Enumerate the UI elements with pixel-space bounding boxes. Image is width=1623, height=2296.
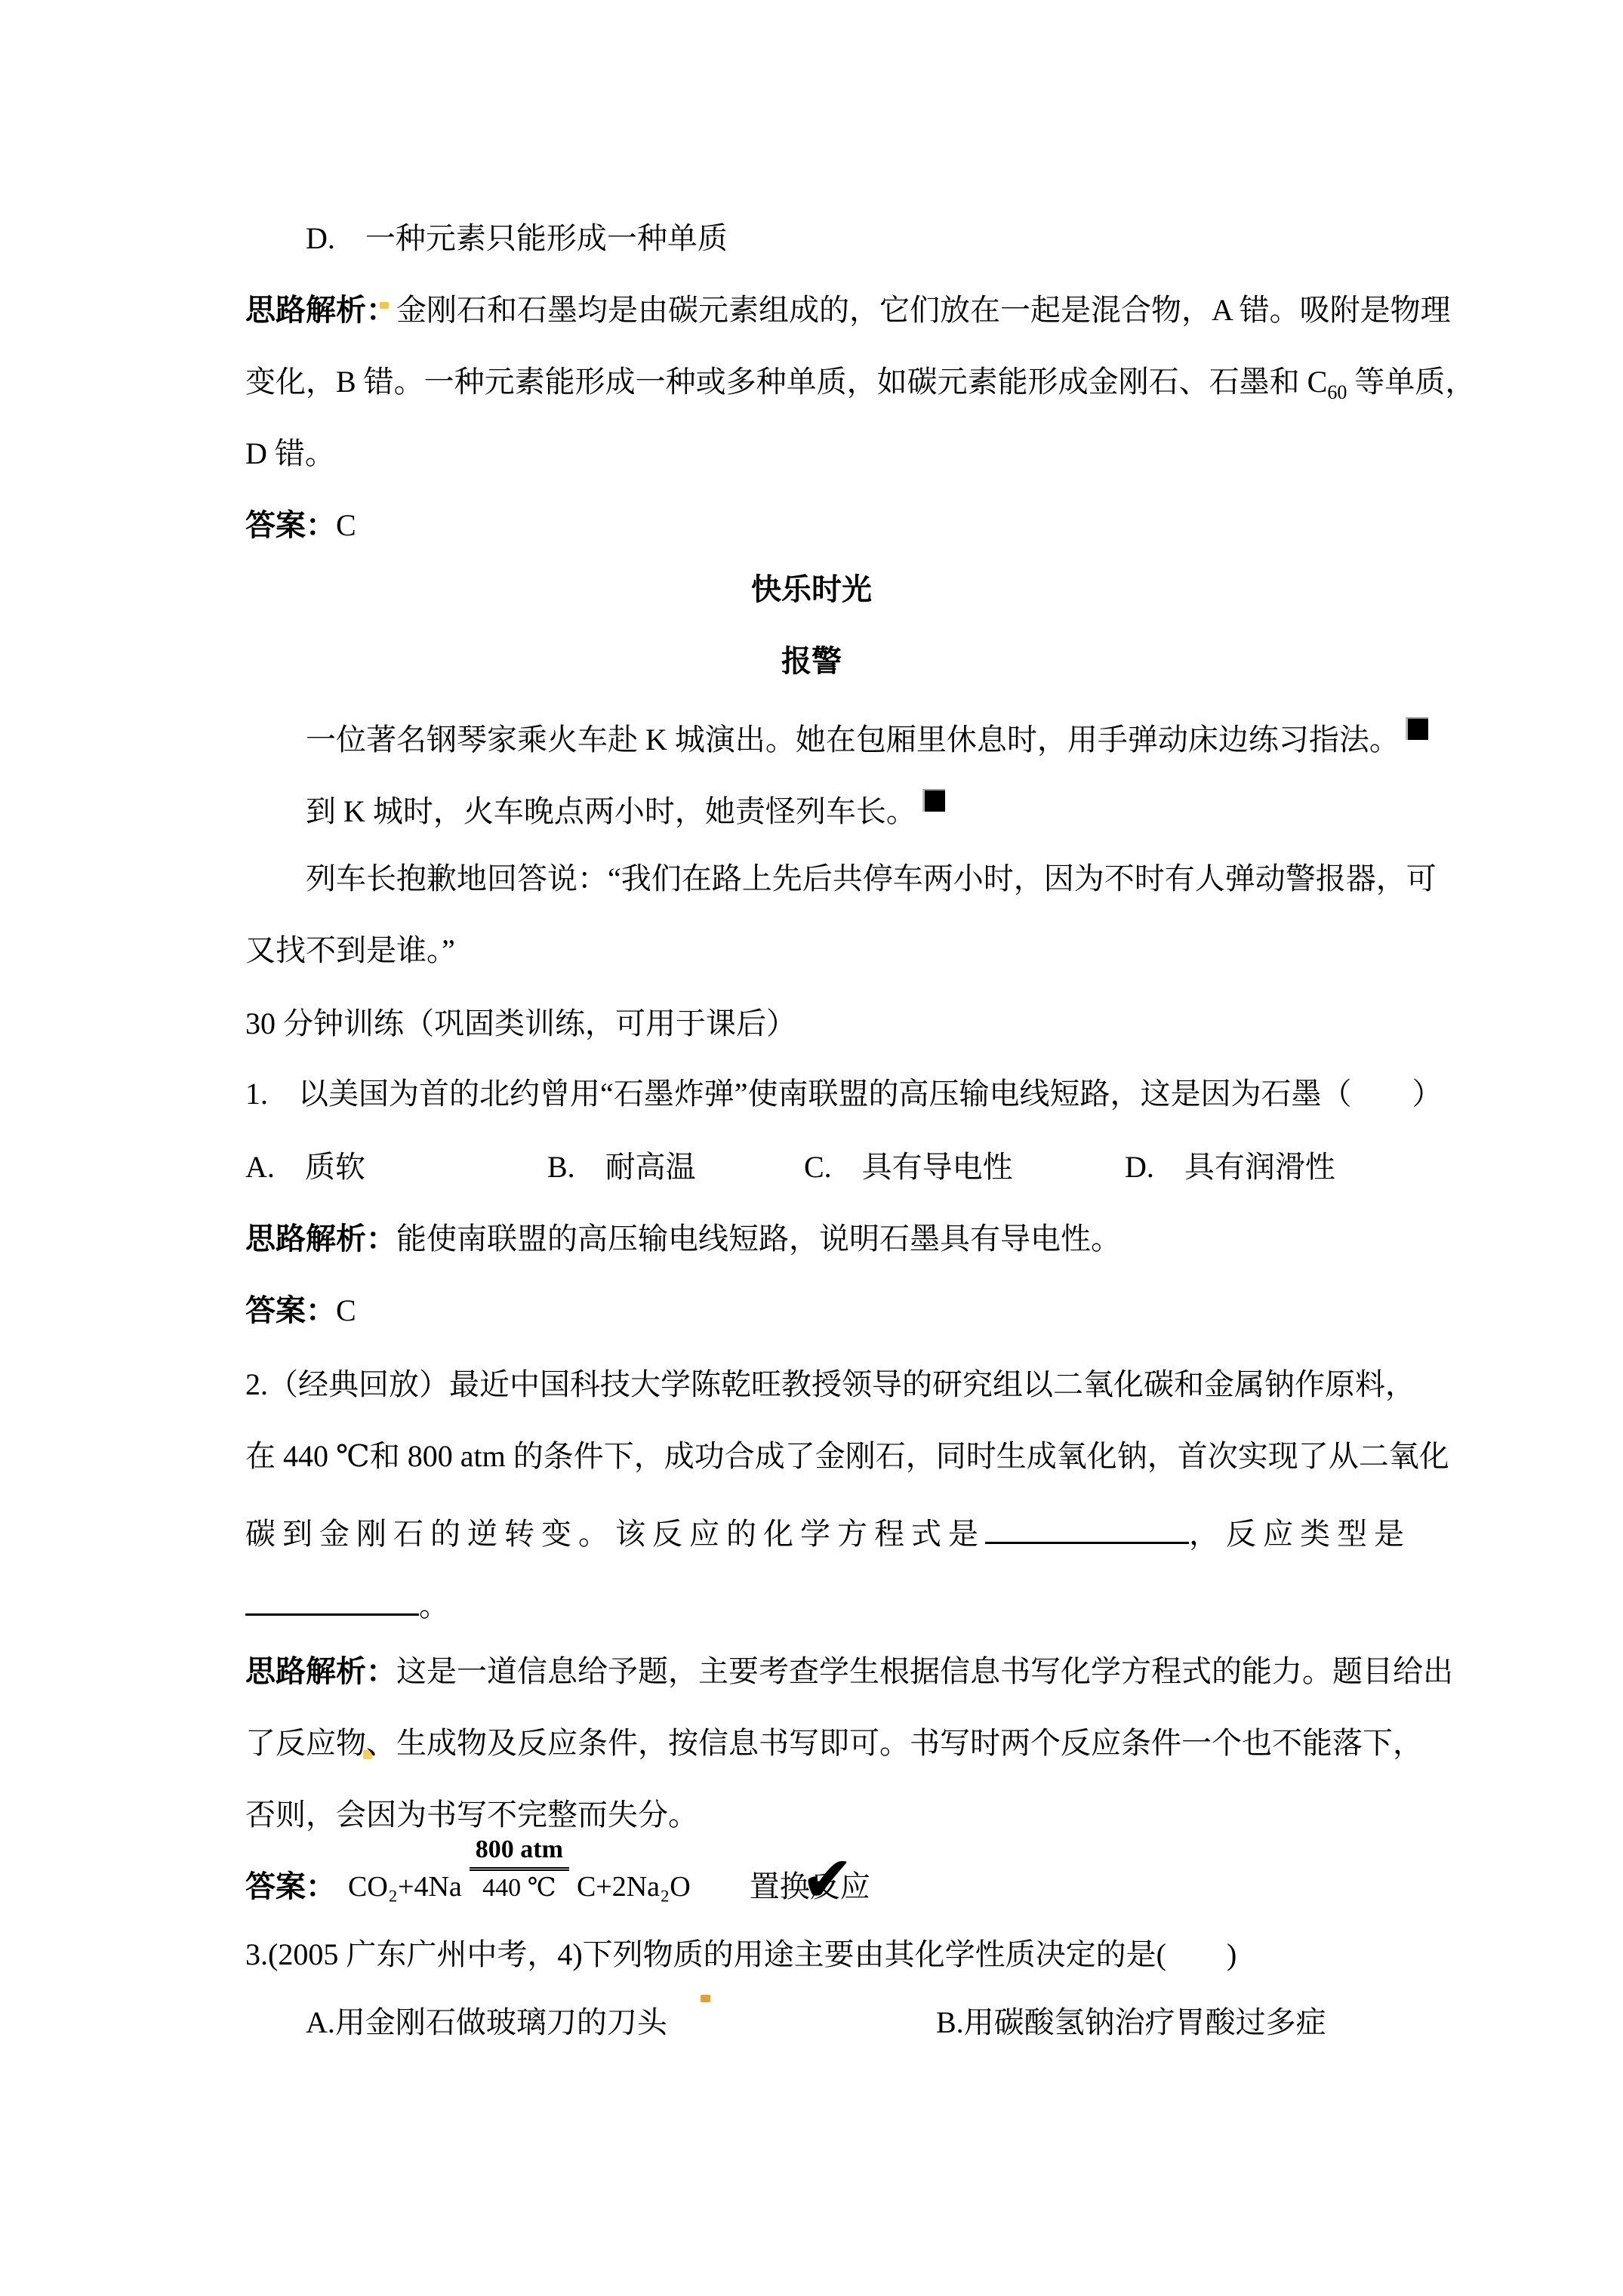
joke-text: 列车长抱歉地回答说：“我们在路上先后共停车两小时，因为不时有人弹动警报器，可 (245, 861, 1437, 895)
stem-text: 碳到金刚石的逆转变。该反应的化学方程式是 (245, 1517, 985, 1551)
question-2-stem-line-1: 2.（经典回放）最近中国科技大学陈乾旺教授领导的研究组以二氧化碳和金属钠作原料， (245, 1367, 1423, 1403)
reaction-type: 置换反应 ✔ (750, 1869, 870, 1905)
c60-subscript: 60 (1327, 381, 1347, 403)
checkmark-icon: ✔ (801, 1848, 854, 1911)
question-1-stem: 1. 以美国为首的北约曾用“石墨炸弹”使南联盟的高压输电线短路，这是因为石墨（ … (245, 1076, 1423, 1112)
q3-option-a: A.用金刚石做玻璃刀的刀头 (306, 2005, 667, 2041)
condition-pressure: 800 atm (470, 1836, 569, 1867)
joke-paragraph-3-cont: 又找不到是谁。” (245, 932, 1423, 969)
analysis-text: 变化，B 错。一种元素能形成一种或多种单质，如碳元素能形成金刚石、石墨和 C (245, 365, 1327, 399)
stem-text: 。 (419, 1589, 449, 1623)
document-page: D. 一种元素只能形成一种单质 思路解析：金刚石和石墨均是由碳元素组成的，它们放… (0, 0, 1623, 2296)
analysis-label: 思路解析： (245, 1654, 396, 1688)
answer-label: 答案： (245, 1869, 336, 1905)
question-2-analysis-line-1: 思路解析：这是一道信息给予题，主要考查学生根据信息书写化学方程式的能力。题目给出 (245, 1653, 1423, 1690)
answer-blank-field (245, 1582, 419, 1616)
joke-text: 一位著名钢琴家乘火车赴 K 城演出。她在包厢里休息时，用手弹动床边练习指法。 (245, 723, 1400, 757)
analysis-label: 思路解析： (245, 1222, 396, 1256)
question-2-stem-line-3: 碳到金刚石的逆转变。该反应的化学方程式是，反应类型是 (245, 1510, 1423, 1552)
question-2-answer-equation: 答案： CO₂+4Na 800 atm 440 ℃ C+2Na₂O 置换反应 ✔ (245, 1836, 870, 1905)
joke-text: 又找不到是谁。” (245, 933, 455, 967)
analysis-line-3: D 错。 (245, 436, 1423, 472)
option-d-text: D. 一种元素只能形成一种单质 (245, 221, 728, 255)
question-2-analysis-line-2: 了反应物、生成物及反应条件，按信息书写即可。书写时两个反应条件一个也不能落下， (245, 1725, 1423, 1761)
joke-text: 到 K 城时，火车晚点两小时，她责怪列车长。 (245, 794, 916, 828)
question-2-analysis-line-3: 否则，会因为书写不完整而失分。 (245, 1797, 1423, 1833)
answer-blank-field (985, 1510, 1189, 1544)
analysis-text: 这是一道信息给予题，主要考查学生根据信息书写化学方程式的能力。题目给出 (396, 1654, 1453, 1688)
joke-paragraph-3: 列车长抱歉地回答说：“我们在路上先后共停车两小时，因为不时有人弹动警报器，可 (245, 861, 1423, 897)
stem-text: ，反应类型是 (1189, 1517, 1411, 1551)
q1-option-a: A. 质软 (245, 1149, 365, 1185)
option-d-line: D. 一种元素只能形成一种单质 (245, 220, 1423, 257)
analysis-line-1: 思路解析：金刚石和石墨均是由碳元素组成的，它们放在一起是混合物，A 错。吸附是物… (245, 292, 1423, 328)
q1-option-b: B. 耐高温 (547, 1149, 696, 1185)
answer-line: 答案：C (245, 507, 1423, 544)
training-heading: 30 分钟训练（巩固类训练，可用于课后） (245, 1006, 1423, 1042)
question-2-stem-line-2: 在 440 ℃和 800 atm 的条件下，成功合成了金刚石，同时生成氧化钠，首… (245, 1438, 1423, 1475)
joke-section-title: 快乐时光 (0, 572, 1623, 608)
analysis-text: 等单质， (1347, 365, 1475, 399)
orange-highlight-artifact (701, 1995, 710, 2002)
question-2-stem-line-4: 。 (245, 1582, 1423, 1624)
joke-paragraph-1: 一位著名钢琴家乘火车赴 K 城演出。她在包厢里休息时，用手弹动床边练习指法。 (245, 717, 1423, 758)
analysis-text: 金刚石和石墨均是由碳元素组成的，它们放在一起是混合物，A 错。吸附是物理 (396, 293, 1451, 327)
answer-label: 答案： (245, 508, 336, 542)
answer-value: C (336, 1293, 356, 1327)
reaction-condition: 800 atm 440 ℃ (470, 1836, 569, 1905)
equation-products: C+2Na₂O (577, 1869, 691, 1905)
equation-reactants: CO₂+4Na (348, 1869, 462, 1905)
analysis-text: D 错。 (245, 436, 335, 470)
analysis-label: 思路解析： (245, 293, 396, 327)
question-3-stem: 3.(2005 广东广州中考，4)下列物质的用途主要由其化学性质决定的是( ) (245, 1937, 1423, 1973)
question-1-analysis: 思路解析：能使南联盟的高压输电线短路，说明石墨具有导电性。 (245, 1221, 1423, 1257)
condition-temperature: 440 ℃ (470, 1867, 569, 1905)
q1-option-c: C. 具有导电性 (804, 1149, 1013, 1185)
q3-option-b: B.用碳酸氢钠治疗胃酸过多症 (936, 2005, 1326, 2041)
joke-title: 报警 (0, 643, 1623, 680)
joke-paragraph-2: 到 K 城时，火车晚点两小时，她责怪列车长。 (245, 789, 1423, 830)
answer-label: 答案： (245, 1293, 336, 1327)
black-square-mark (922, 789, 945, 812)
question-1-answer: 答案：C (245, 1293, 1423, 1329)
q1-option-d: D. 具有润滑性 (1125, 1149, 1335, 1185)
analysis-text: 能使南联盟的高压输电线短路，说明石墨具有导电性。 (396, 1222, 1121, 1256)
black-square-mark (1406, 717, 1428, 740)
answer-value: C (336, 508, 356, 542)
analysis-line-2: 变化，B 错。一种元素能形成一种或多种单质，如碳元素能形成金刚石、石墨和 C60… (245, 364, 1423, 411)
